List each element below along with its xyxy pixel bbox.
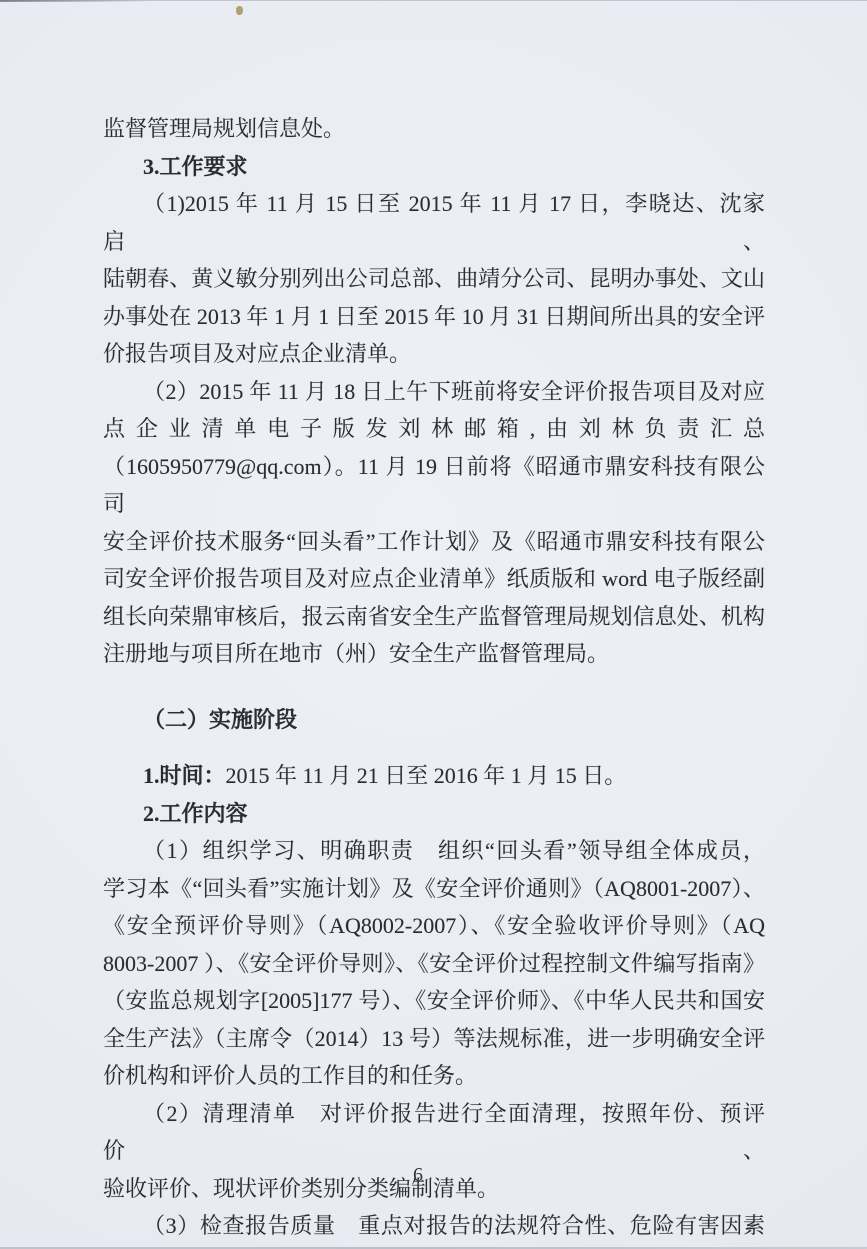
text-line: 注册地与项目所在地市（州）安全生产监督管理局。 bbox=[103, 635, 765, 673]
text-segment: 办事处在 2013 年 1 月 1 日至 2015 年 10 月 31 日期间所… bbox=[103, 304, 765, 329]
text-segment: （二）实施阶段 bbox=[143, 707, 297, 732]
page-number: 6 bbox=[398, 1161, 438, 1189]
text-line: 安全评价技术服务“回头看”工作计划》及《昭通市鼎安科技有限公 bbox=[103, 523, 765, 561]
text-line: 《安全预评价导则》（AQ8002-2007）、《安全验收评价导则》（AQ bbox=[103, 907, 765, 945]
text-line: （3）检查报告质量 重点对报告的法规符合性、危险有害因素 bbox=[103, 1207, 765, 1245]
scan-corner-smudge-artifact bbox=[0, 0, 150, 2]
text-segment: （1）组织学习、明确职责 组织“回头看”领导组全体成员， bbox=[143, 838, 765, 863]
text-line: 1.时间：2015 年 11 月 21 日至 2016 年 1 月 15 日。 bbox=[103, 757, 765, 795]
text-line: （1605950779@qq.com）。11 月 19 日前将《昭通市鼎安科技有… bbox=[103, 448, 765, 523]
text-segment: 安全评价技术服务“回头看”工作计划》及《昭通市鼎安科技有限公 bbox=[103, 529, 765, 554]
text-segment: 《安全预评价导则》（AQ8002-2007）、《安全验收评价导则》（AQ bbox=[103, 913, 765, 938]
text-line: 价机构和评价人员的工作目的和任务。 bbox=[103, 1057, 765, 1095]
text-segment: 全生产法》（主席令（2014）13 号）等法规标准，进一步明确安全评 bbox=[103, 1026, 765, 1051]
text-segment: 1.时间： bbox=[143, 763, 226, 788]
text-line: （1）组织学习、明确职责 组织“回头看”领导组全体成员， bbox=[103, 832, 765, 870]
text-line: 2.工作内容 bbox=[103, 795, 765, 833]
text-segment: 司安全评价报告项目及对应点企业清单》纸质版和 word 电子版经副 bbox=[103, 566, 765, 591]
text-line: （2）2015 年 11 月 18 日上午下班前将安全评价报告项目及对应 bbox=[103, 373, 765, 411]
text-segment: （1605950779@qq.com）。11 月 19 日前将《昭通市鼎安科技有… bbox=[103, 454, 765, 517]
text-segment: 价机构和评价人员的工作目的和任务。 bbox=[103, 1063, 477, 1088]
text-segment: （安监总规划字[2005]177 号）、《安全评价师》、《中华人民共和国安 bbox=[103, 988, 765, 1013]
text-segment: 2.工作内容 bbox=[143, 801, 248, 826]
text-line: 3.工作要求 bbox=[103, 148, 765, 186]
text-segment: 验收评价、现状评价类别分类编制清单。 bbox=[103, 1176, 499, 1201]
text-segment: 监督管理局规划信息处。 bbox=[103, 116, 345, 141]
section-heading: （二）实施阶段 bbox=[103, 701, 765, 739]
text-segment: 8003-2007 ）、《安全评价导则》、《安全评价过程控制文件编写指南》 bbox=[103, 951, 765, 976]
text-segment: （2）清理清单 对评价报告进行全面清理，按照年份、预评价、 bbox=[103, 1101, 765, 1164]
text-segment: 组长向荣鼎审核后，报云南省安全生产监督管理局规划信息处、机构 bbox=[103, 604, 765, 629]
text-segment: 学习本《“回头看”实施计划》及《安全评价通则》（AQ8001-2007）、 bbox=[103, 876, 765, 901]
text-line: 8003-2007 ）、《安全评价导则》、《安全评价过程控制文件编写指南》 bbox=[103, 945, 765, 983]
text-line: 办事处在 2013 年 1 月 1 日至 2015 年 10 月 31 日期间所… bbox=[103, 298, 765, 336]
document-body: 监督管理局规划信息处。3.工作要求（1)2015 年 11 月 15 日至 20… bbox=[103, 110, 765, 1245]
text-segment: 2015 年 11 月 21 日至 2016 年 1 月 15 日。 bbox=[226, 763, 627, 788]
text-line: 司安全评价报告项目及对应点企业清单》纸质版和 word 电子版经副 bbox=[103, 560, 765, 598]
text-segment: 3.工作要求 bbox=[143, 154, 248, 179]
scan-speck-artifact bbox=[236, 6, 243, 15]
text-segment: 陆朝春、黄义敏分别列出公司总部、曲靖分公司、昆明办事处、文山 bbox=[103, 266, 765, 291]
text-line: 学习本《“回头看”实施计划》及《安全评价通则》（AQ8001-2007）、 bbox=[103, 870, 765, 908]
text-segment: （3）检查报告质量 重点对报告的法规符合性、危险有害因素 bbox=[143, 1213, 765, 1238]
text-line: 陆朝春、黄义敏分别列出公司总部、曲靖分公司、昆明办事处、文山 bbox=[103, 260, 765, 298]
text-segment: （1)2015 年 11 月 15 日至 2015 年 11 月 17 日，李晓… bbox=[103, 191, 765, 254]
text-segment: 价报告项目及对应点企业清单。 bbox=[103, 341, 411, 366]
text-segment: （2）2015 年 11 月 18 日上午下班前将安全评价报告项目及对应 bbox=[143, 379, 765, 404]
text-line: 点企业清单电子版发刘林邮箱,由刘林负责汇总 bbox=[103, 410, 765, 448]
text-segment: 点企业清单电子版发刘林邮箱,由刘林负责汇总 bbox=[103, 416, 765, 441]
text-line: （1)2015 年 11 月 15 日至 2015 年 11 月 17 日，李晓… bbox=[103, 185, 765, 260]
text-line: 价报告项目及对应点企业清单。 bbox=[103, 335, 765, 373]
text-segment: 注册地与项目所在地市（州）安全生产监督管理局。 bbox=[103, 641, 609, 666]
text-line: 监督管理局规划信息处。 bbox=[103, 110, 765, 148]
text-line: 组长向荣鼎审核后，报云南省安全生产监督管理局规划信息处、机构 bbox=[103, 598, 765, 636]
scanned-page: 监督管理局规划信息处。3.工作要求（1)2015 年 11 月 15 日至 20… bbox=[0, 0, 867, 1249]
text-line: （2）清理清单 对评价报告进行全面清理，按照年份、预评价、 bbox=[103, 1095, 765, 1170]
text-line: （安监总规划字[2005]177 号）、《安全评价师》、《中华人民共和国安 bbox=[103, 982, 765, 1020]
text-line: 全生产法》（主席令（2014）13 号）等法规标准，进一步明确安全评 bbox=[103, 1020, 765, 1058]
